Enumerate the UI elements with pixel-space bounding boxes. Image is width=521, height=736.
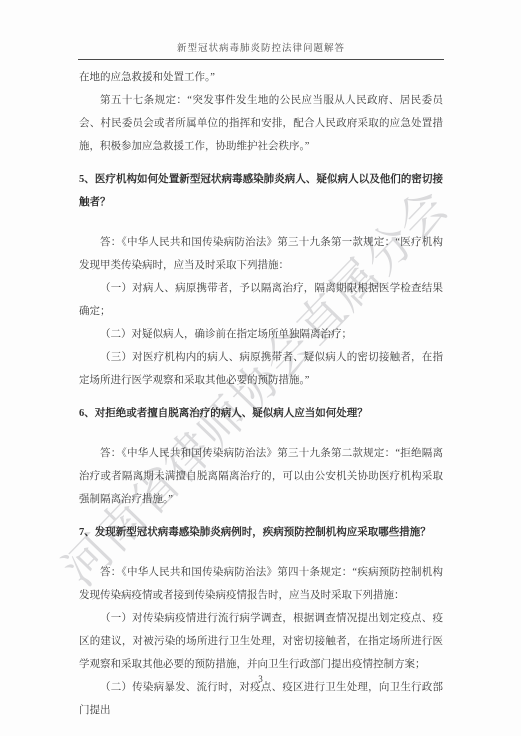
page-number: 3 (0, 674, 521, 684)
answer-7-paragraph: 答：《中华人民共和国传染病防治法》第四十条规定：“疾病预防控制机构发现传染病疫情… (79, 561, 443, 607)
answer-5-item-2: （二）对疑似病人，确诊前在指定场所单独隔离治疗； (79, 323, 443, 346)
document-body: 在地的应急救援和处置工作。” 第五十七条规定：“突发事件发生地的公民应当服从人民… (79, 66, 443, 722)
question-7-heading: 7、发现新型冠状病毒感染肺炎病例时，疾病预防控制机构应采取哪些措施？ (79, 521, 443, 544)
answer-6-paragraph: 答：《中华人民共和国传染病防治法》第三十九条第二款规定：“拒绝隔离治疗或者隔离期… (79, 442, 443, 511)
question-6-heading: 6、对拒绝或者擅自脱离治疗的病人、疑似病人应当如何处理？ (79, 402, 443, 425)
answer-7-item-1: （一）对传染病疫情进行流行病学调查，根据调查情况提出划定疫点、疫区的建议，对被污… (79, 607, 443, 676)
question-5-heading: 5、医疗机构如何处置新型冠状病毒感染肺炎病人、疑似病人以及他们的密切接触者？ (79, 168, 443, 214)
answer-5-paragraph: 答：《中华人民共和国传染病防治法》第三十九条第一款规定：“医疗机构发现甲类传染病… (79, 231, 443, 277)
body-paragraph-article-57: 第五十七条规定：“突发事件发生地的公民应当服从人民政府、居民委员会、村民委员会或… (79, 89, 443, 158)
body-paragraph-carryover: 在地的应急救援和处置工作。” (79, 66, 443, 89)
page-header-title: 新型冠状病毒肺炎防控法律问题解答 (78, 40, 444, 60)
answer-5-item-3: （三）对医疗机构内的病人、病原携带者、疑似病人的密切接触者，在指定场所进行医学观… (79, 346, 443, 392)
document-page: 河南省律师协会直属分会 新型冠状病毒肺炎防控法律问题解答 在地的应急救援和处置工… (0, 0, 521, 736)
answer-5-item-1: （一）对病人、病原携带者，予以隔离治疗，隔离期限根据医学检查结果确定； (79, 277, 443, 323)
